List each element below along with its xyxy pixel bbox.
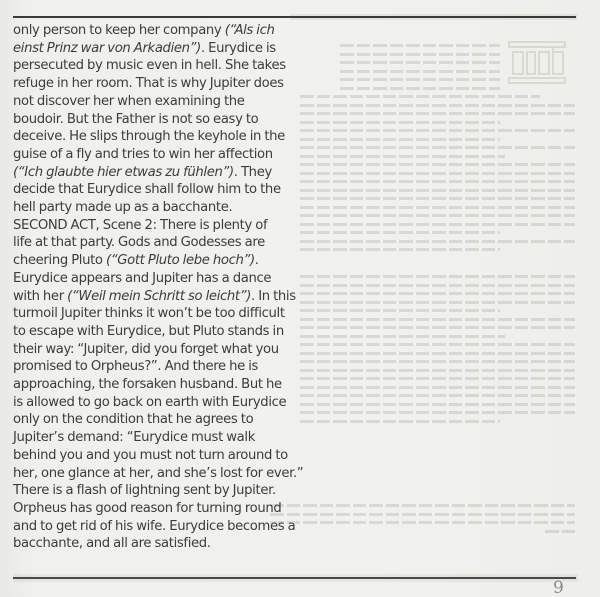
- show-through-text-block-1: [300, 44, 575, 257]
- text-segment: not discover her when examining the: [13, 94, 245, 109]
- text-segment: turmoil Jupiter thinks it won’t be too d…: [13, 306, 285, 321]
- synopsis-text: only person to keep her company (“Als ic…: [13, 22, 298, 553]
- text-segment: to escape with Eurydice, but Pluto stand…: [13, 324, 284, 339]
- text-line: decide that Eurydice shall follow him to…: [13, 181, 298, 199]
- italic-quote: (“Weil mein Schritt so leicht”): [67, 289, 251, 304]
- text-line: cheering Pluto (“Gott Pluto lebe hoch”).: [13, 252, 298, 270]
- text-line: with her (“Weil mein Schritt so leicht”)…: [13, 288, 298, 306]
- text-segment: persecuted by music even in hell. She ta…: [13, 58, 286, 73]
- text-segment: life at that party. Gods and Godesses ar…: [13, 235, 265, 250]
- text-line: einst Prinz war von Arkadien”). Eurydice…: [13, 40, 298, 58]
- text-segment: hell party made up as a bacchante.: [13, 200, 232, 215]
- booklet-page: only person to keep her company (“Als ic…: [0, 0, 600, 597]
- text-line: to escape with Eurydice, but Pluto stand…: [13, 323, 298, 341]
- text-line: boudoir. But the Father is not so easy t…: [13, 111, 298, 129]
- text-line: There is a flash of lightning sent by Ju…: [13, 482, 298, 500]
- text-segment: .: [255, 253, 259, 268]
- italic-quote: (“Ich glaubte hier etwas zu fühlen”): [13, 165, 234, 180]
- text-segment: boudoir. But the Father is not so easy t…: [13, 112, 258, 127]
- text-segment: is allowed to go back on earth with Eury…: [13, 395, 286, 410]
- top-rule: [13, 16, 576, 18]
- show-through-warning-block: [270, 504, 575, 538]
- text-line: approaching, the forsaken husband. But h…: [13, 376, 298, 394]
- text-segment: refuge in her room. That is why Jupiter …: [13, 76, 284, 91]
- text-segment: Orpheus has good reason for turning roun…: [13, 501, 281, 516]
- text-segment: approaching, the forsaken husband. But h…: [13, 377, 282, 392]
- text-line: hell party made up as a bacchante.: [13, 199, 298, 217]
- text-line: her, one glance at her, and she’s lost f…: [13, 465, 298, 483]
- italic-quote: (“Gott Pluto lebe hoch”): [106, 253, 255, 268]
- text-segment: cheering Pluto: [13, 253, 106, 268]
- text-line: their way: “Jupiter, did you forget what…: [13, 341, 298, 359]
- italic-quote: einst Prinz war von Arkadien”): [13, 41, 201, 56]
- text-line: behind you and you must not turn around …: [13, 447, 298, 465]
- text-segment: . Eurydice is: [201, 41, 276, 56]
- text-segment: bacchante, and all are satisfied.: [13, 536, 211, 551]
- text-line: and to get rid of his wife. Eurydice bec…: [13, 518, 298, 536]
- text-line: persecuted by music even in hell. She ta…: [13, 57, 298, 75]
- text-line: Jupiter’s demand: “Eurydice must walk: [13, 429, 298, 447]
- text-line: Orpheus has good reason for turning roun…: [13, 500, 298, 518]
- text-segment: guise of a fly and tries to win her affe…: [13, 147, 273, 162]
- text-line: bacchante, and all are satisfied.: [13, 535, 298, 553]
- text-line: turmoil Jupiter thinks it won’t be too d…: [13, 305, 298, 323]
- text-segment: Eurydice appears and Jupiter has a dance: [13, 271, 271, 286]
- text-segment: deceive. He slips through the keyhole in…: [13, 129, 285, 144]
- text-segment: her, one glance at her, and she’s lost f…: [13, 466, 303, 481]
- text-segment: decide that Eurydice shall follow him to…: [13, 182, 281, 197]
- text-segment: promised to Orpheus?”. And there he is: [13, 359, 258, 374]
- text-segment: . They: [234, 165, 272, 180]
- text-segment: their way: “Jupiter, did you forget what…: [13, 342, 279, 357]
- text-line: SECOND ACT, Scene 2: There is plenty of: [13, 217, 298, 235]
- show-through-text-block-2: [300, 275, 575, 428]
- text-segment: and to get rid of his wife. Eurydice bec…: [13, 519, 295, 534]
- page-number: 9: [553, 578, 564, 597]
- text-line: promised to Orpheus?”. And there he is: [13, 358, 298, 376]
- text-segment: only on the condition that he agrees to: [13, 412, 253, 427]
- text-line: only on the condition that he agrees to: [13, 411, 298, 429]
- text-segment: with her: [13, 289, 67, 304]
- bottom-rule: [13, 577, 576, 579]
- text-segment: only person to keep her company: [13, 23, 225, 38]
- text-segment: behind you and you must not turn around …: [13, 448, 288, 463]
- italic-quote: (“Als ich: [225, 23, 275, 38]
- text-segment: . In this: [251, 289, 296, 304]
- text-line: Eurydice appears and Jupiter has a dance: [13, 270, 298, 288]
- text-line: life at that party. Gods and Godesses ar…: [13, 234, 298, 252]
- text-line: refuge in her room. That is why Jupiter …: [13, 75, 298, 93]
- text-line: only person to keep her company (“Als ic…: [13, 22, 298, 40]
- text-line: (“Ich glaubte hier etwas zu fühlen”). Th…: [13, 164, 298, 182]
- text-segment: There is a flash of lightning sent by Ju…: [13, 483, 276, 498]
- text-line: deceive. He slips through the keyhole in…: [13, 128, 298, 146]
- text-segment: SECOND ACT, Scene 2: There is plenty of: [13, 218, 267, 233]
- text-line: guise of a fly and tries to win her affe…: [13, 146, 298, 164]
- text-line: not discover her when examining the: [13, 93, 298, 111]
- text-segment: Jupiter’s demand: “Eurydice must walk: [13, 430, 255, 445]
- text-line: is allowed to go back on earth with Eury…: [13, 394, 298, 412]
